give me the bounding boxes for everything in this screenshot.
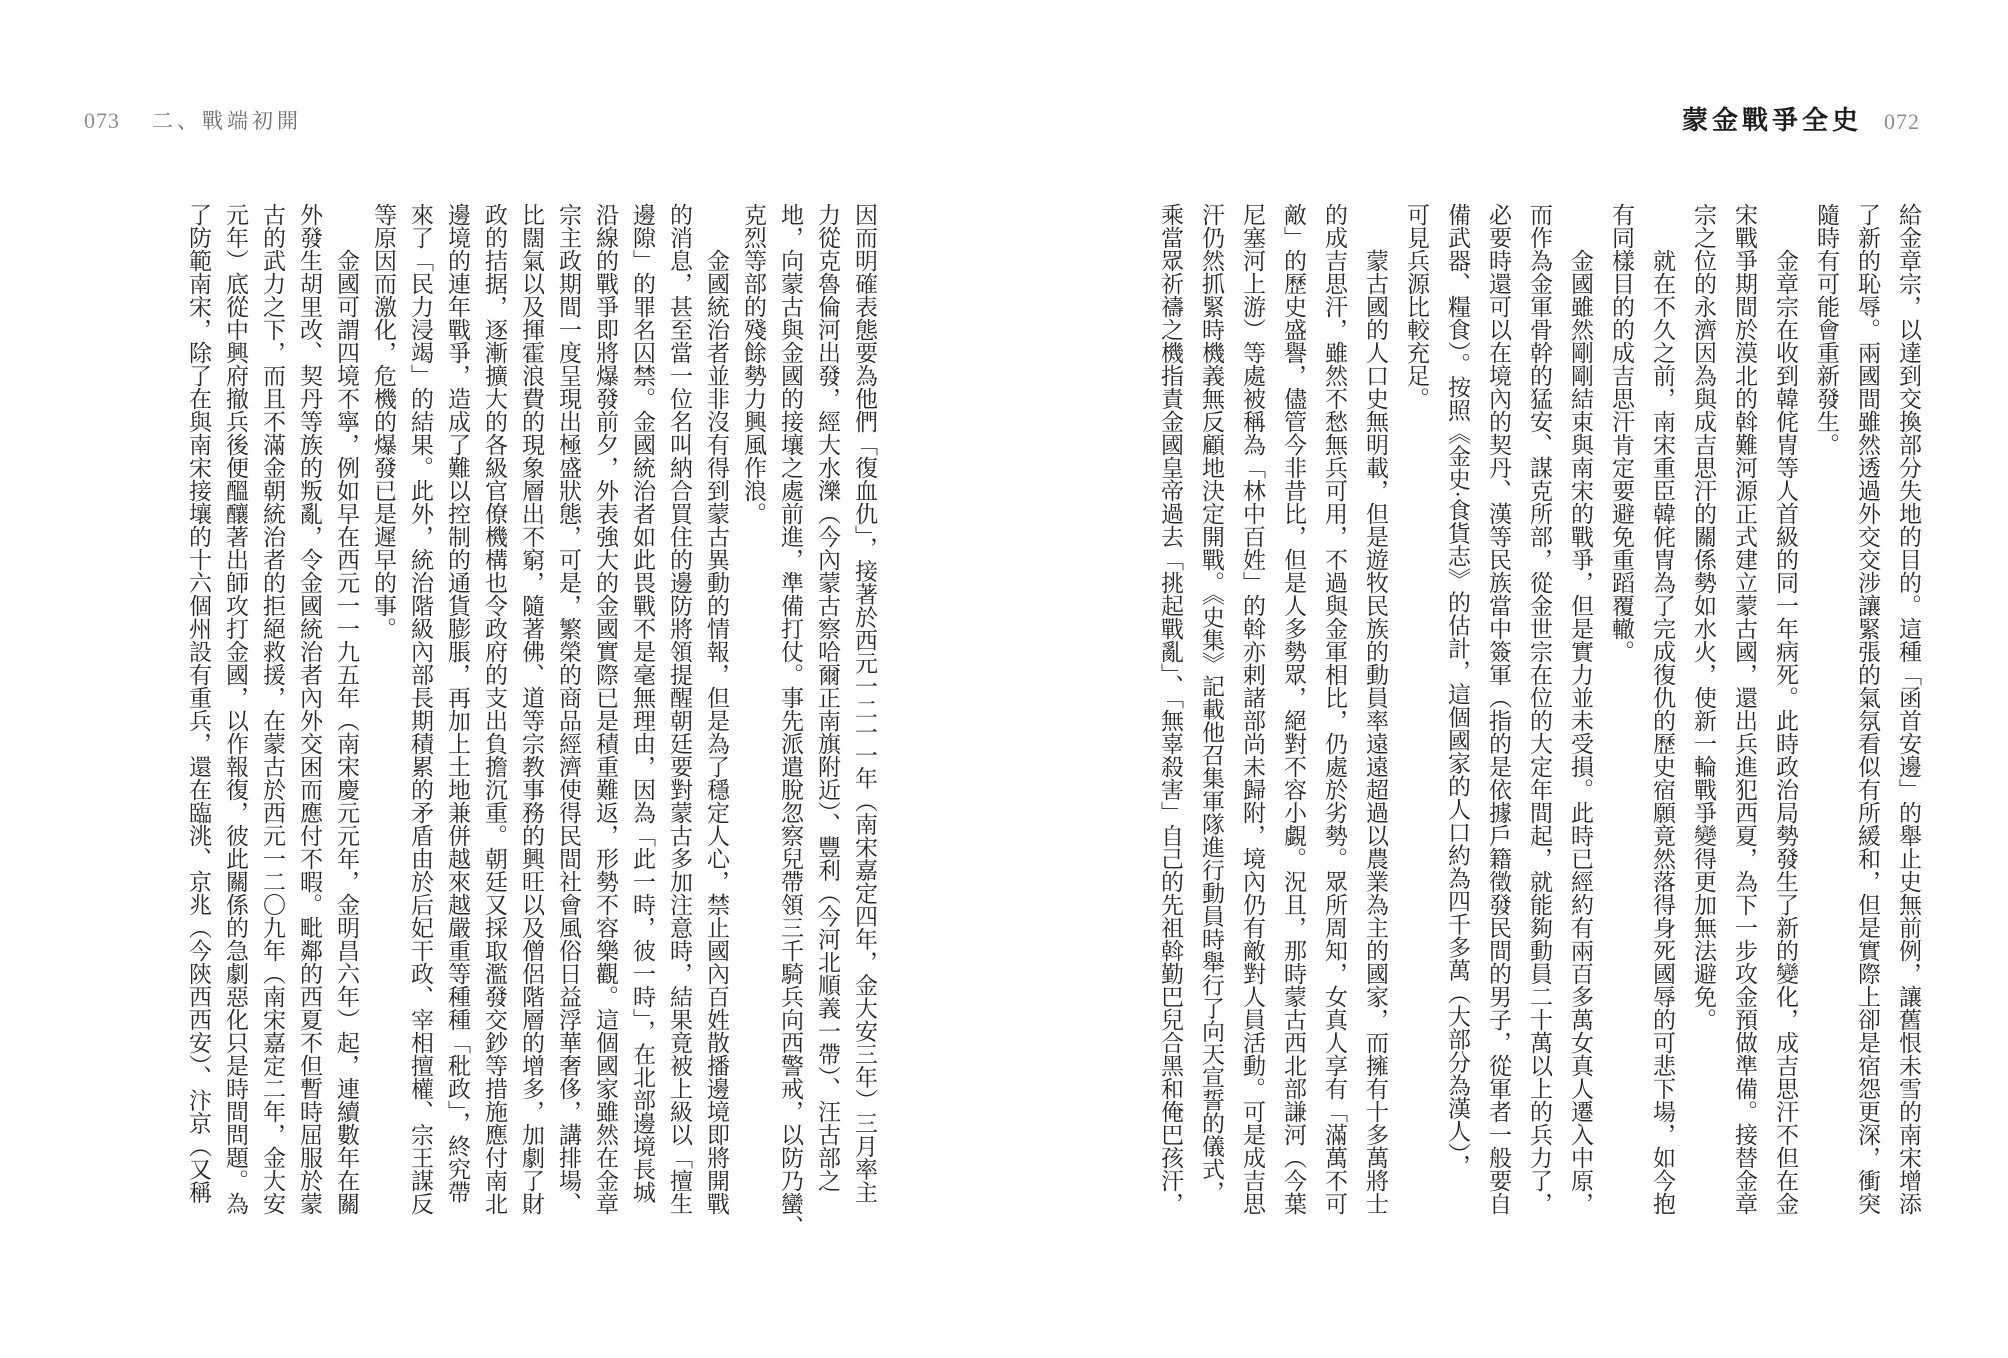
chapter-title: 二、戰端初開: [152, 109, 302, 133]
text-column: 給金章宗，以達到交換部分失地的目的。這種「函首安邊」的舉止史無前例，讓舊恨未雪的…: [1879, 203, 1920, 1218]
text-column: 有同樣目的的成吉思汗肯定要避免重蹈覆轍。: [1592, 203, 1633, 1218]
text-column: 因而明確表態要為他們「復血仇」，接著於西元一二一一年（南宋嘉定四年，金大安三年）…: [839, 203, 876, 1218]
text-column: 地，向蒙古與金國的接壤之處前進，準備打仗。事先派遣脫忽察兒帶領三千騎兵向西警戒，…: [765, 203, 802, 1218]
text-column: 的成吉思汗，雖然不愁無兵可用，不過與金軍相比，仍處於劣勢。眾所周知，女真人享有「…: [1305, 203, 1346, 1218]
text-column: 蒙古國的人口史無明載，但是遊牧民族的動員率遠遠超過以農業為主的國家，而擁有十多萬…: [1346, 203, 1387, 1218]
text-column: 力從克魯倫河出發，經大水濼（今內蒙古察哈爾正南旗附近）、豐利（今河北順義一帶）、…: [802, 203, 839, 1218]
text-column: 可見兵源比較充足。: [1387, 203, 1428, 1218]
text-column: 金章宗在收到韓侂冑等人首級的同一年病死。此時政治局勢發生了新的變化，成吉思汗不但…: [1756, 203, 1797, 1218]
text-column: 外發生胡里改、契丹等族的叛亂，令金國統治者內外交困而應付不暇。毗鄰的西夏不但暫時…: [284, 203, 321, 1218]
text-column: 備武器、糧食）。按照《金史·食貨志》的估計，這個國家的人口約為四千多萬（大部分為…: [1428, 203, 1469, 1218]
book-spread: 073 二、戰端初開 因而明確表態要為他們「復血仇」，接著於西元一二一一年（南宋…: [0, 0, 2008, 1358]
text-column: 金國可謂四境不寧，例如早在西元一一九五年（南宋慶元元年，金明昌六年）起，連續數年…: [321, 203, 358, 1218]
text-column: 了新的恥辱。兩國間雖然透過外交交涉讓緊張的氣氛看似有所緩和，但是實際上卻是宿怨更…: [1838, 203, 1879, 1218]
text-column: 宋戰爭期間於漠北的斡難河源正式建立蒙古國，還出兵進犯西夏，為下一步攻金預做準備。…: [1715, 203, 1756, 1218]
text-column: 必要時還可以在境內的契丹、漢等民族當中簽軍（指的是依據戶籍徵發民間的男子，從軍者…: [1469, 203, 1510, 1218]
page-header-left: 073 二、戰端初開: [84, 108, 302, 137]
text-column: 宗主政期間一度呈現出極盛狀態，可是，繁榮的商品經濟使得民間社會風俗日益浮華奢侈，…: [543, 203, 580, 1218]
text-column: 古的武力之下，而且不滿金朝統治者的拒絕救援，在蒙古於西元一二〇九年（南宋嘉定二年…: [247, 203, 284, 1218]
text-column: 金國統治者並非沒有得到蒙古異動的情報，但是為了穩定人心，禁止國內百姓散播邊境即將…: [691, 203, 728, 1218]
text-column: 比闊氣以及揮霍浪費的現象層出不窮，隨著佛、道等宗教事務的興旺以及僧侶階層的增多，…: [506, 203, 543, 1218]
text-block-left: 因而明確表態要為他們「復血仇」，接著於西元一二一一年（南宋嘉定四年，金大安三年）…: [173, 203, 876, 1218]
page-header-right: 蒙金戰爭全史 072: [1682, 108, 1920, 138]
text-column: 金國雖然剛剛結束與南宋的戰爭，但是實力並未受損。此時已經約有兩百多萬女真人遷入中…: [1551, 203, 1592, 1218]
book-title: 蒙金戰爭全史: [1682, 106, 1862, 135]
text-column: 沿線的戰爭即將爆發前夕，外表強大的金國實際已是積重難返，形勢不容樂觀。這個國家雖…: [580, 203, 617, 1218]
text-block-right: 給金章宗，以達到交換部分失地的目的。這種「函首安邊」的舉止史無前例，讓舊恨未雪的…: [1141, 203, 1920, 1218]
text-column: 政的拮据，逐漸擴大的各級官僚機構也令政府的支出負擔沉重。朝廷又採取濫發交鈔等措施…: [469, 203, 506, 1218]
text-column: 元年）底從中興府撤兵後便醞釀著出師攻打金國，以作報復，彼此關係的急劇惡化只是時間…: [210, 203, 247, 1218]
text-column: 而作為金軍骨幹的猛安、謀克所部，從金世宗在位的大定年間起，就能夠動員二十萬以上的…: [1510, 203, 1551, 1218]
page-number-left: 073: [84, 108, 120, 133]
page-073: 073 二、戰端初開 因而明確表態要為他們「復血仇」，接著於西元一二一一年（南宋…: [0, 0, 1004, 1358]
text-column: 邊隙」的罪名囚禁。金國統治者如此畏戰不是毫無理由，因為「此一時，彼一時」，在北部…: [617, 203, 654, 1218]
text-column: 汗仍然抓緊時機義無反顧地決定開戰。《史集》記載他召集軍隊進行動員時舉行了向天宣誓…: [1182, 203, 1223, 1218]
text-column: 了防範南宋，除了在與南宋接壤的十六個州設有重兵，還在臨洮、京兆（今陝西西安）、汴…: [173, 203, 210, 1218]
page-number-right: 072: [1884, 109, 1920, 134]
text-column: 乘當眾祈禱之機指責金國皇帝過去「挑起戰亂」、「無辜殺害」自己的先祖斡勤巴兒合黑和…: [1141, 203, 1182, 1218]
text-column: 就在不久之前，南宋重臣韓侂冑為了完成復仇的歷史宿願竟然落得身死國辱的可悲下場，如…: [1633, 203, 1674, 1218]
text-column: 克烈等部的殘餘勢力興風作浪。: [728, 203, 765, 1218]
text-column: 邊境的連年戰爭，造成了難以控制的通貨膨脹，再加上土地兼併越來越嚴重等種種「秕政」…: [432, 203, 469, 1218]
page-072: 蒙金戰爭全史 072 給金章宗，以達到交換部分失地的目的。這種「函首安邊」的舉止…: [1004, 0, 2008, 1358]
text-column: 尼塞河上游）等處被稱為「林中百姓」的斡亦剌諸部尚未歸附，境內仍有敵對人員活動。可…: [1223, 203, 1264, 1218]
text-column: 等原因而激化，危機的爆發已是遲早的事。: [358, 203, 395, 1218]
text-column: 宗之位的永濟因為與成吉思汗的關係勢如水火，使新一輪戰爭變得更加無法避免。: [1674, 203, 1715, 1218]
text-column: 來了「民力浸竭」的結果。此外，統治階級內部長期積累的矛盾由於后妃干政、宰相擅權、…: [395, 203, 432, 1218]
text-column: 的消息，甚至當一位名叫納合買住的邊防將領提醒朝廷要對蒙古多加注意時，結果竟被上級…: [654, 203, 691, 1218]
text-column: 隨時有可能會重新發生。: [1797, 203, 1838, 1218]
text-column: 敵」的歷史盛譽，儘管今非昔比，但是人多勢眾，絕對不容小覷。況且，那時蒙古西北部謙…: [1264, 203, 1305, 1218]
